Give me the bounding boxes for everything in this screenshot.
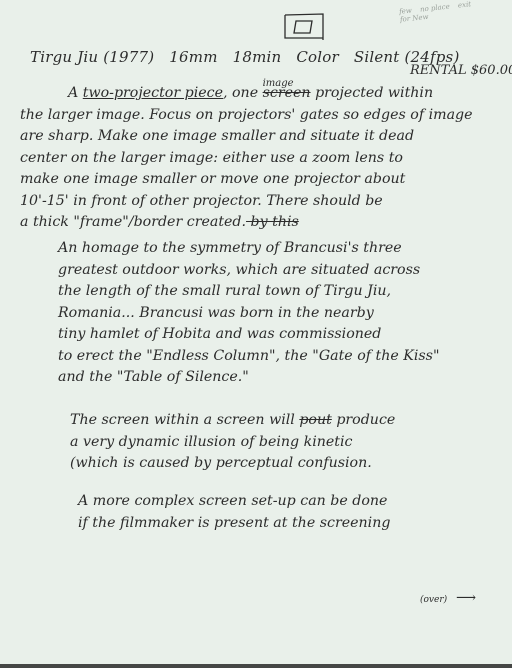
film-title: Tirgu Jiu (1977) [30, 48, 154, 66]
paragraph-line: greatest outdoor works, which are situat… [58, 260, 439, 282]
underlined-phrase: two-projector piece [83, 85, 223, 101]
paragraph-illusion: The screen within a screen will pout pro… [70, 410, 395, 475]
paragraph-line: center on the larger image: either use a… [20, 148, 473, 170]
arrow-right-icon: ⟶ [456, 590, 476, 606]
struck-phrase: by this [246, 214, 299, 230]
paragraph-homage: An homage to the symmetry of Brancusi's … [58, 238, 439, 389]
inserted-word: image [263, 73, 294, 95]
pto-label: (over) [420, 595, 447, 605]
scan-bottom-edge [0, 664, 512, 668]
paragraph-line: The screen within a screen will pout pro… [70, 410, 395, 432]
paragraph-line: and the "Table of Silence." [58, 367, 439, 389]
paragraph-line: tiny hamlet of Hobita and was commission… [58, 324, 439, 346]
paragraph-line: if the filmmaker is present at the scree… [78, 513, 390, 535]
paragraph-line: to erect the "Endless Column", the "Gate… [58, 346, 439, 368]
paragraph-line: the larger image. Focus on projectors' g… [20, 105, 473, 127]
paragraph-complex-setup: A more complex screen set-up can be done… [78, 491, 390, 534]
paragraph-line: Romania... Brancusi was born in the near… [58, 303, 439, 325]
film-format: 16mm [169, 48, 217, 66]
paragraph-line: are sharp. Make one image smaller and si… [20, 126, 473, 148]
paragraph-setup-instructions: A two-projector piece, one imagescreen p… [20, 83, 473, 234]
struck-word: pout [299, 412, 331, 428]
paragraph-line: (which is caused by perceptual confusion… [70, 453, 395, 475]
paragraph-line: An homage to the symmetry of Brancusi's … [58, 238, 439, 260]
film-color: Color [296, 48, 339, 66]
paragraph-line: A two-projector piece, one imagescreen p… [20, 83, 473, 105]
screen-within-screen-sketch-icon [282, 12, 326, 42]
rental-price: RENTAL $60.00 [410, 63, 512, 78]
correction: imagescreen [263, 85, 311, 101]
page-turn-note: (over) ⟶ [420, 590, 476, 606]
paragraph-line: a very dynamic illusion of being kinetic [70, 432, 395, 454]
paragraph-line: 10'-15' in front of other projector. The… [20, 191, 473, 213]
handwritten-page: few no place exit for New Tirgu Jiu (197… [0, 0, 512, 664]
film-duration: 18min [233, 48, 282, 66]
faint-margin-note: few no place exit for New [399, 0, 512, 38]
paragraph-line: A more complex screen set-up can be done [78, 491, 390, 513]
paragraph-line: the length of the small rural town of Ti… [58, 281, 439, 303]
paragraph-line: a thick "frame"/border created. by this [20, 212, 473, 234]
film-title-line: Tirgu Jiu (1977) 16mm 18min Color Silent… [30, 48, 470, 66]
paragraph-line: make one image smaller or move one proje… [20, 169, 473, 191]
